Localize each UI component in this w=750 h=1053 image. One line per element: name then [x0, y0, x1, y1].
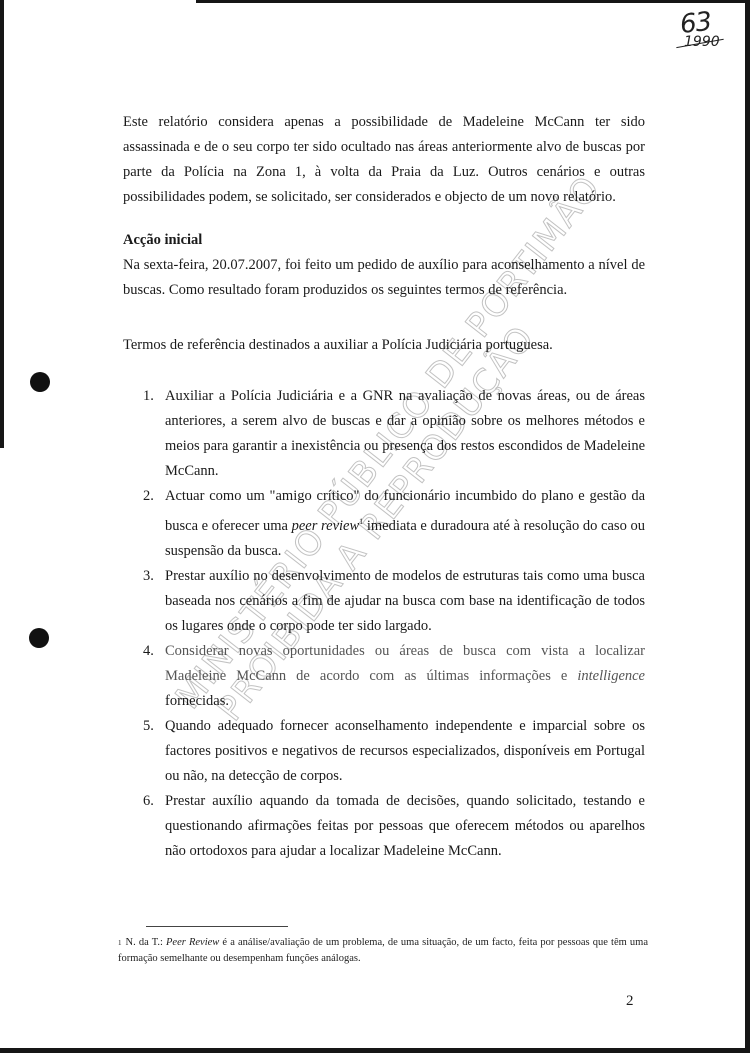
italic-term: peer review [292, 518, 360, 534]
initial-action-paragraph: Na sexta-feira, 20.07.2007, foi feito um… [123, 253, 645, 303]
italic-term: intelligence [577, 668, 645, 684]
footnote-marker: 1 [118, 939, 122, 947]
list-number: 1. [143, 384, 154, 409]
footnote-italic-term: Peer Review [166, 937, 219, 948]
handwritten-struck-number: 1990 [684, 34, 720, 50]
footnote: 1N. da T.: Peer Review é a análise/avali… [118, 935, 648, 967]
list-number: 6. [143, 789, 154, 814]
terms-intro: Termos de referência destinados a auxili… [123, 333, 645, 358]
list-number: 4. [143, 639, 154, 664]
section-heading: Acção inicial [123, 228, 645, 253]
list-text: Quando adequado fornecer aconselhamento … [165, 718, 645, 784]
punch-hole-icon [30, 372, 50, 392]
document-body: Este relatório considera apenas a possib… [123, 110, 645, 864]
list-text: Prestar auxílio no desenvolvimento de mo… [165, 568, 645, 634]
intro-paragraph: Este relatório considera apenas a possib… [123, 110, 645, 210]
list-number: 2. [143, 484, 154, 509]
scan-border-right [745, 0, 750, 1053]
list-number: 5. [143, 714, 154, 739]
list-item: 4. Considerar novas oportunidades ou áre… [123, 639, 645, 714]
scan-border-bottom [0, 1048, 750, 1053]
list-item: 6. Prestar auxílio aquando da tomada de … [123, 789, 645, 864]
list-item: 1. Auxiliar a Polícia Judiciária e a GNR… [123, 384, 645, 484]
footnote-divider [146, 926, 288, 927]
footnote-prefix: N. da T.: [126, 937, 167, 948]
list-text: Considerar novas oportunidades ou áreas … [165, 643, 645, 684]
terms-of-reference-list: 1. Auxiliar a Polícia Judiciária e a GNR… [123, 384, 645, 864]
list-item: 5. Quando adequado fornecer aconselhamen… [123, 714, 645, 789]
list-text: fornecidas. [165, 693, 229, 709]
scan-border-left [0, 0, 4, 448]
list-item: 2. Actuar como um "amigo crítico" do fun… [123, 484, 645, 564]
handwritten-page-annotation: 63 1990 [680, 8, 720, 50]
list-number: 3. [143, 564, 154, 589]
list-text: Prestar auxílio aquando da tomada de dec… [165, 793, 645, 859]
list-item: 3. Prestar auxílio no desenvolvimento de… [123, 564, 645, 639]
list-text: Auxiliar a Polícia Judiciária e a GNR na… [165, 388, 645, 479]
scan-border-top [196, 0, 750, 3]
punch-hole-icon [29, 628, 49, 648]
page-number: 2 [626, 993, 634, 1010]
